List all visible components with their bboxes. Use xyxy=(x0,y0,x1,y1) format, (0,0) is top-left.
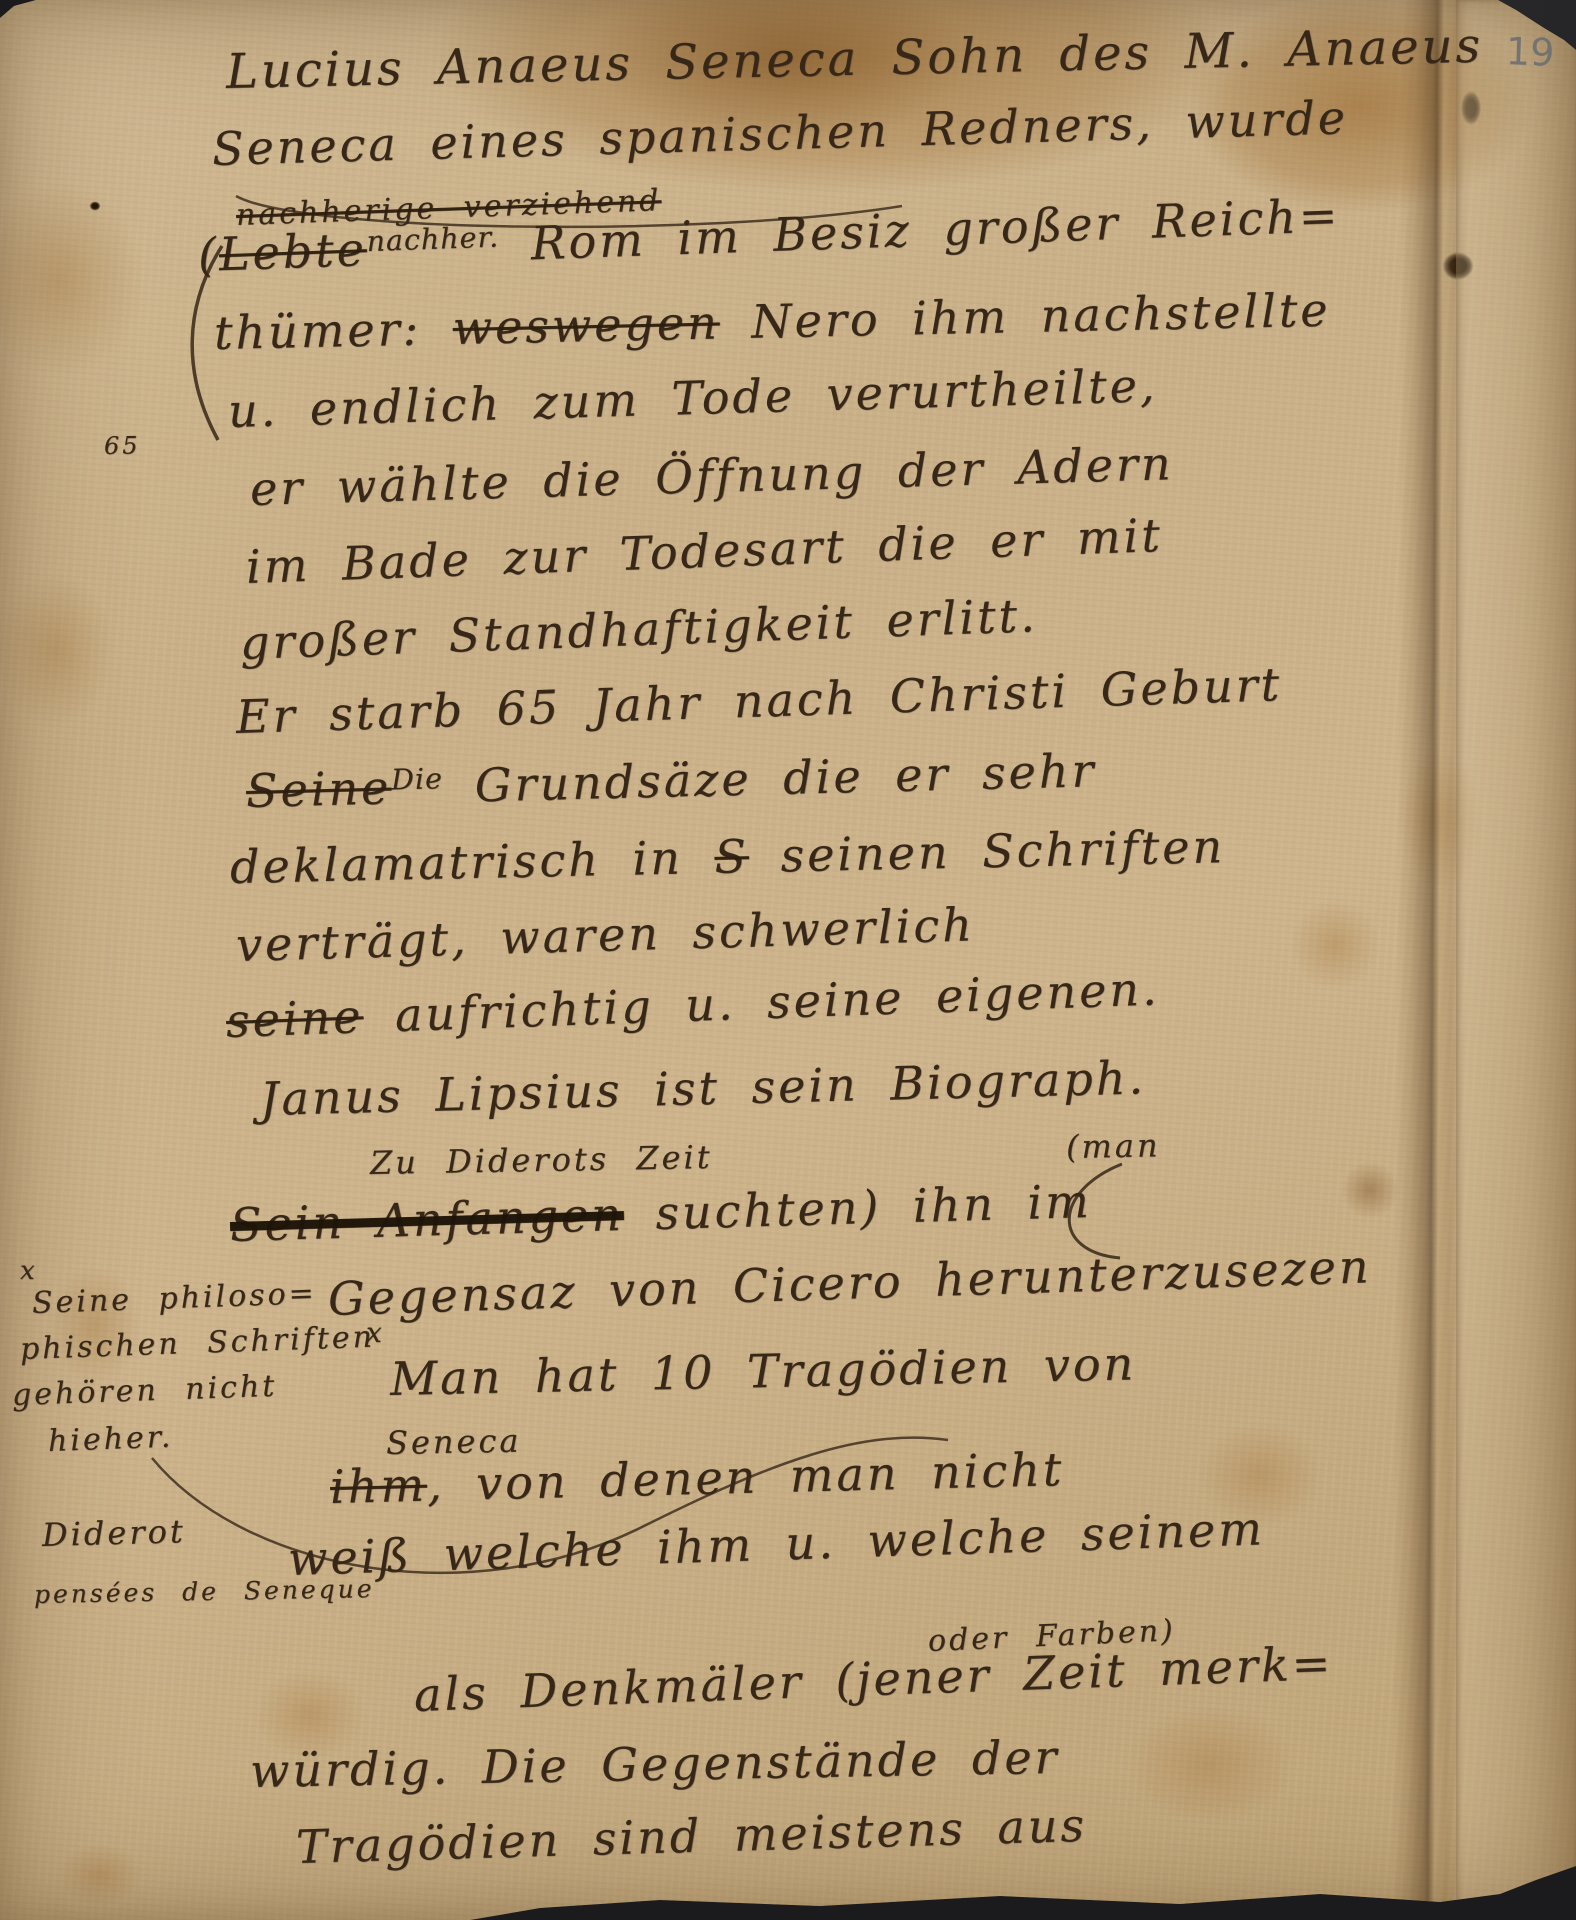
manuscript-line: würdig. Die Gegenstände der xyxy=(250,1730,1060,1798)
manuscript-line: weiß welche ihm u. welche seinem xyxy=(287,1501,1265,1586)
struck-word: Lebte xyxy=(218,222,368,281)
line-text: Nero ihm nachstellte xyxy=(719,283,1331,350)
interline-insertion: (man xyxy=(1066,1126,1161,1166)
torn-page-edge xyxy=(1456,0,1576,1920)
manuscript-line: Gegensaz von Cicero herunterzusezen xyxy=(327,1239,1372,1326)
margin-note-line: gehören nicht xyxy=(11,1369,277,1413)
manuscript-line: verträgt, waren schwerlich xyxy=(235,897,975,972)
manuscript-title-line: Lucius Anaeus Seneca Sohn des M. Anaeus xyxy=(225,18,1483,100)
line-text: Grundsäze die er sehr xyxy=(442,743,1097,813)
struck-word: ihm xyxy=(329,1458,427,1514)
manuscript-line: großer Standhaftigkeit erlitt. xyxy=(239,588,1038,670)
ink-speck xyxy=(88,200,102,212)
line-text: Lucius Anaeus Seneca Sohn des M. Anaeus xyxy=(225,18,1483,100)
manuscript-line: thümer: weswegen Nero ihm nachstellte xyxy=(213,283,1331,360)
line-text: als Denkmäler (jener Zeit merk= xyxy=(413,1636,1334,1722)
line-text: würdig. Die Gegenstände der xyxy=(250,1730,1060,1798)
line-text: , von denen man nicht xyxy=(426,1442,1065,1512)
line-text: ( xyxy=(197,227,220,282)
struck-word: Seine xyxy=(245,760,392,818)
margin-note-line: phischen Schriften xyxy=(19,1320,375,1367)
line-text: Seneca eines spanischen Redners, wurde xyxy=(211,90,1348,176)
line-text: suchten) ihn im xyxy=(623,1174,1092,1241)
footnote-mark: x xyxy=(366,1316,385,1349)
manuscript-line: seine aufrichtig u. seine eigenen. xyxy=(225,961,1160,1048)
inserted-word: nachher. xyxy=(366,220,500,258)
line-text: Zu Diderots Zeit xyxy=(370,1138,713,1182)
line-text: Janus Lipsius ist sein Biograph. xyxy=(259,1050,1146,1126)
line-text: aufrichtig u. seine eigenen. xyxy=(362,961,1160,1043)
manuscript-line: er wählte die Öffnung der Adern xyxy=(249,436,1174,516)
line-text: Gegensaz von Cicero herunterzusezen xyxy=(327,1239,1372,1326)
manuscript-line: deklamatrisch in S seinen Schriften xyxy=(229,819,1225,894)
line-text: Man hat 10 Tragödien von xyxy=(389,1336,1136,1406)
stain xyxy=(0,140,180,420)
manuscript-line: Sein Anfangen suchten) ihn im xyxy=(229,1174,1092,1252)
margin-note-line: hieher. xyxy=(47,1420,173,1459)
line-text: Er starb 65 Jahr nach Christi Geburt xyxy=(235,657,1283,744)
struck-word: seine xyxy=(225,989,364,1048)
line-text: u. endlich zum Tode verurtheilte, xyxy=(227,358,1158,438)
line-text: im Bade zur Todesart die er mit xyxy=(245,508,1164,594)
manuscript-line: als Denkmäler (jener Zeit merk= xyxy=(413,1636,1334,1722)
line-text: weiß welche ihm u. welche seinem xyxy=(287,1501,1265,1586)
margin-year-note: 65 xyxy=(104,431,141,460)
stain xyxy=(1090,1680,1330,1850)
scan-background: 19 Lucius Anaeus Seneca Sohn des M. Anae… xyxy=(0,0,1576,1920)
manuscript-line: SeineDie Grundsäze die er sehr xyxy=(245,743,1097,818)
manuscript-line: Seneca eines spanischen Redners, wurde xyxy=(211,90,1348,176)
line-text: großer Standhaftigkeit erlitt. xyxy=(239,588,1038,670)
manuscript-line: im Bade zur Todesart die er mit xyxy=(245,508,1164,594)
margin-note-line: Seine philoso= xyxy=(31,1276,317,1321)
struck-word: weswegen xyxy=(452,295,720,355)
page-number: 19 xyxy=(1505,29,1555,75)
line-text: seinen Schriften xyxy=(748,819,1225,883)
margin-note-diderot: Diderot xyxy=(42,1512,187,1554)
struck-word: S xyxy=(714,829,750,884)
margin-note-diderot-title: pensées de Seneque xyxy=(34,1574,375,1609)
manuscript-page: 19 Lucius Anaeus Seneca Sohn des M. Anae… xyxy=(0,0,1576,1920)
manuscript-line: u. endlich zum Tode verurtheilte, xyxy=(227,358,1158,438)
line-text: verträgt, waren schwerlich xyxy=(235,897,975,972)
manuscript-line: Tragödien sind meistens aus xyxy=(295,1798,1087,1874)
stain xyxy=(40,1830,160,1920)
interline-insertion: Zu Diderots Zeit xyxy=(370,1138,713,1182)
inserted-word: Die xyxy=(391,762,444,796)
line-text: thümer: xyxy=(213,301,453,360)
manuscript-line: Er starb 65 Jahr nach Christi Geburt xyxy=(235,657,1283,744)
stain xyxy=(0,540,140,760)
line-text: (man xyxy=(1066,1126,1161,1166)
manuscript-line: Janus Lipsius ist sein Biograph. xyxy=(259,1050,1146,1126)
footnote-mark: x xyxy=(20,1256,38,1286)
line-text: deklamatrisch in xyxy=(229,830,715,894)
line-text: Tragödien sind meistens aus xyxy=(295,1798,1087,1874)
manuscript-line: Man hat 10 Tragödien von xyxy=(389,1336,1136,1406)
heavily-struck-words: Sein Anfangen xyxy=(229,1187,624,1252)
line-text: er wählte die Öffnung der Adern xyxy=(249,436,1174,516)
stain xyxy=(1270,880,1400,1010)
